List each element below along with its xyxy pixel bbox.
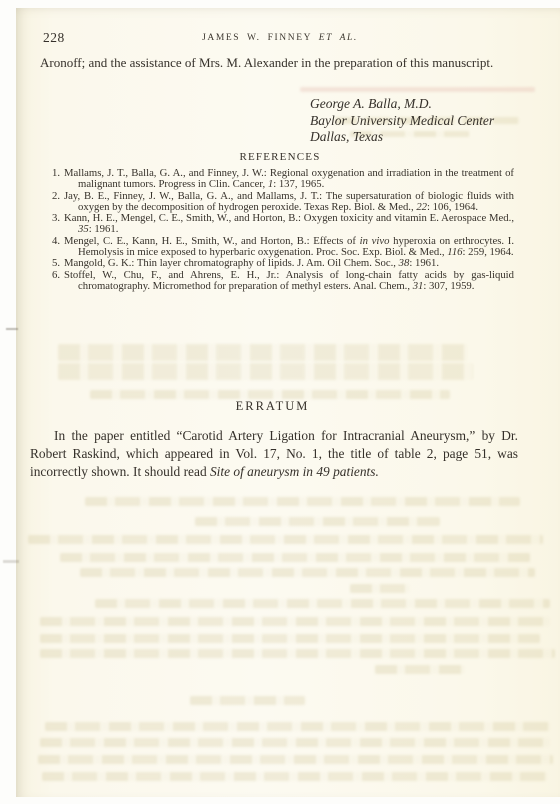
reference-item: 4.Mengel, C. E., Kann, H. E., Smith, W.,…: [31, 236, 514, 259]
reference-item: 3.Kann, H. E., Mengel, C. E., Smith, W.,…: [31, 213, 514, 236]
running-head: JAMES W. FINNEY ET AL.: [0, 33, 560, 43]
reference-number: 6.: [47, 270, 60, 281]
reference-number: 4.: [47, 236, 60, 247]
running-head-authors: JAMES W. FINNEY: [202, 33, 312, 43]
reference-number: 3.: [47, 213, 60, 224]
acknowledgment-paragraph: Aronoff; and the assistance of Mrs. M. A…: [40, 55, 522, 71]
reference-text: Kann, H. E., Mengel, C. E., Smith, W., a…: [64, 212, 514, 235]
running-head-et-al: ET AL.: [319, 33, 358, 43]
reference-text: Mallams, J. T., Balla, G. A., and Finney…: [64, 167, 514, 190]
reference-text: Mengel, C. E., Kann, H. E., Smith, W., a…: [64, 235, 514, 258]
signature-location: Dallas, Texas: [310, 129, 494, 146]
reference-item: 6.Stoffel, W., Chu, F., and Ahrens, E. H…: [31, 270, 514, 293]
reference-text: Mangold, G. K.: Thin layer chromatograph…: [64, 257, 439, 269]
erratum-paragraph: In the paper entitled “Carotid Artery Li…: [30, 427, 518, 481]
signature-affiliation: Baylor University Medical Center: [310, 113, 494, 130]
reference-text: Stoffel, W., Chu, F., and Ahrens, E. H.,…: [64, 269, 514, 292]
scanned-journal-page: 228 JAMES W. FINNEY ET AL. Aronoff; and …: [0, 0, 560, 804]
reference-item: 2.Jay, B. E., Finney, J. W., Balla, G. A…: [31, 191, 514, 214]
reference-item: 1.Mallams, J. T., Balla, G. A., and Finn…: [31, 168, 514, 191]
references-heading: REFERENCES: [0, 151, 560, 163]
signature-block: George A. Balla, M.D. Baylor University …: [310, 96, 494, 146]
erratum-heading: ERRATUM: [0, 399, 545, 414]
signature-name: George A. Balla, M.D.: [310, 96, 494, 113]
reference-text: Jay, B. E., Finney, J. W., Balla, G. A.,…: [64, 190, 514, 213]
reference-number: 5.: [47, 258, 60, 269]
reference-number: 2.: [47, 191, 60, 202]
reference-number: 1.: [47, 168, 60, 179]
references-list: 1.Mallams, J. T., Balla, G. A., and Finn…: [31, 168, 514, 292]
